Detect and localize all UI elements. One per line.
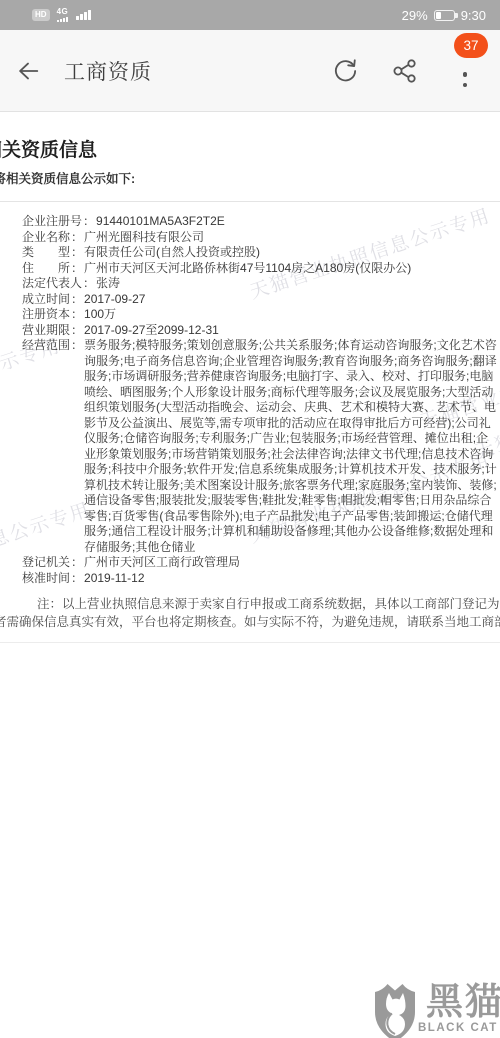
hd-icon: HD — [32, 9, 50, 21]
field-label: 企业名称 — [22, 230, 70, 246]
divider — [0, 642, 500, 643]
field-value: 广州市天河区天河北路侨林街47号1104房之A180房(仅限办公) — [84, 261, 498, 277]
field-value: 张涛 — [96, 276, 498, 292]
license-info-row: 登记机关：广州市天河区工商行政管理局 — [22, 555, 498, 571]
refresh-button[interactable] — [328, 54, 362, 88]
share-icon — [392, 58, 418, 84]
network-indicator: 4G — [57, 8, 69, 22]
battery-percent: 29% — [402, 8, 428, 23]
license-info-row: 注册资本：100万 — [22, 307, 498, 323]
field-value: 2017-09-27 — [84, 292, 498, 308]
field-label: 核准时间 — [22, 571, 70, 587]
license-info-table: 企业注册号：91440101MA5A3F2T2E企业名称：广州光圈科技有限公司类… — [0, 202, 500, 586]
license-info-row: 经营范围：票务服务;模特服务;策划创意服务;公共关系服务;体育运动咨询服务;文化… — [22, 338, 498, 555]
note-line-2: 者需确保信息真实有效，平台也将定期核查。如与实际不符，为避免违规，请联系当地工商… — [0, 613, 500, 631]
battery-icon — [434, 10, 455, 21]
field-separator: ： — [70, 292, 84, 308]
clock: 9:30 — [461, 8, 486, 23]
field-separator: ： — [82, 214, 96, 230]
field-separator: ： — [70, 571, 84, 587]
black-cat-logo: 黑猫 BLACK CAT — [372, 983, 500, 1038]
field-label: 注册资本 — [22, 307, 70, 323]
share-button[interactable] — [388, 54, 422, 88]
license-info-row: 企业注册号：91440101MA5A3F2T2E — [22, 214, 498, 230]
field-label: 经营范围 — [22, 338, 70, 354]
signal-bars-icon — [76, 10, 91, 20]
back-arrow-icon — [15, 58, 41, 84]
field-value: 100万 — [84, 307, 498, 323]
phone-screen: HD 4G 29% 9:30 工商资质 — [0, 0, 500, 1038]
field-separator: ： — [70, 307, 84, 323]
app-header: 工商资质 37 — [0, 30, 500, 112]
field-label: 企业注册号 — [22, 214, 82, 230]
logo-name-en: BLACK CAT — [418, 1022, 500, 1034]
section-title: 相关资质信息 — [0, 135, 500, 162]
qualification-document: 天猫营业执照信息公示专用 天猫营业执照信息公示专用 天猫营业执照信息公示专用 天… — [0, 113, 500, 1038]
back-button[interactable] — [0, 30, 56, 111]
field-value: 广州光圈科技有限公司 — [84, 230, 498, 246]
section-subtitle: 现将相关资质信息公示如下: — [0, 169, 500, 187]
field-separator: ： — [70, 261, 84, 277]
three-dots-icon — [463, 72, 468, 87]
note-line-1: 注：以上营业执照信息来源于卖家自行申报或工商系统数据，具体以工商部门登记为准 — [0, 595, 500, 613]
license-info-row: 营业期限：2017-09-27至2099-12-31 — [22, 323, 498, 339]
signal-bars-small-icon — [57, 17, 68, 22]
field-separator: ： — [70, 323, 84, 339]
field-label: 登记机关 — [22, 555, 70, 571]
field-separator: ： — [82, 276, 96, 292]
field-separator: ： — [70, 338, 84, 354]
field-separator: ： — [70, 555, 84, 571]
license-info-row: 核准时间：2019-11-12 — [22, 571, 498, 587]
field-separator: ： — [70, 230, 84, 246]
refresh-icon — [332, 57, 359, 84]
notification-badge: 37 — [454, 33, 488, 58]
field-label: 类 型 — [22, 245, 70, 261]
note-text: 注：以上营业执照信息来源于卖家自行申报或工商系统数据，具体以工商部门登记为准 者… — [0, 595, 500, 631]
field-label: 营业期限 — [22, 323, 70, 339]
field-value: 票务服务;模特服务;策划创意服务;公共关系服务;体育运动咨询服务;文化艺术咨询服… — [84, 338, 498, 555]
license-info-row: 类 型：有限责任公司(自然人投资或控股) — [22, 245, 498, 261]
field-value: 广州市天河区工商行政管理局 — [84, 555, 498, 571]
license-info-row: 企业名称：广州光圈科技有限公司 — [22, 230, 498, 246]
field-label: 成立时间 — [22, 292, 70, 308]
status-bar: HD 4G 29% 9:30 — [0, 0, 500, 30]
overflow-menu-button[interactable]: 37 — [448, 49, 482, 93]
field-value: 2017-09-27至2099-12-31 — [84, 323, 498, 339]
field-label: 法定代表人 — [22, 276, 82, 292]
logo-name-cn: 黑猫 — [426, 983, 500, 1021]
field-label: 住 所 — [22, 261, 70, 277]
field-value: 有限责任公司(自然人投资或控股) — [84, 245, 498, 261]
license-info-row: 法定代表人：张涛 — [22, 276, 498, 292]
field-value: 2019-11-12 — [84, 571, 498, 587]
license-info-row: 成立时间：2017-09-27 — [22, 292, 498, 308]
license-info-row: 住 所：广州市天河区天河北路侨林街47号1104房之A180房(仅限办公) — [22, 261, 498, 277]
cat-shield-icon — [372, 983, 418, 1038]
page-title: 工商资质 — [64, 56, 328, 86]
network-type-label: 4G — [57, 8, 69, 16]
field-separator: ： — [70, 245, 84, 261]
field-value: 91440101MA5A3F2T2E — [96, 214, 498, 230]
